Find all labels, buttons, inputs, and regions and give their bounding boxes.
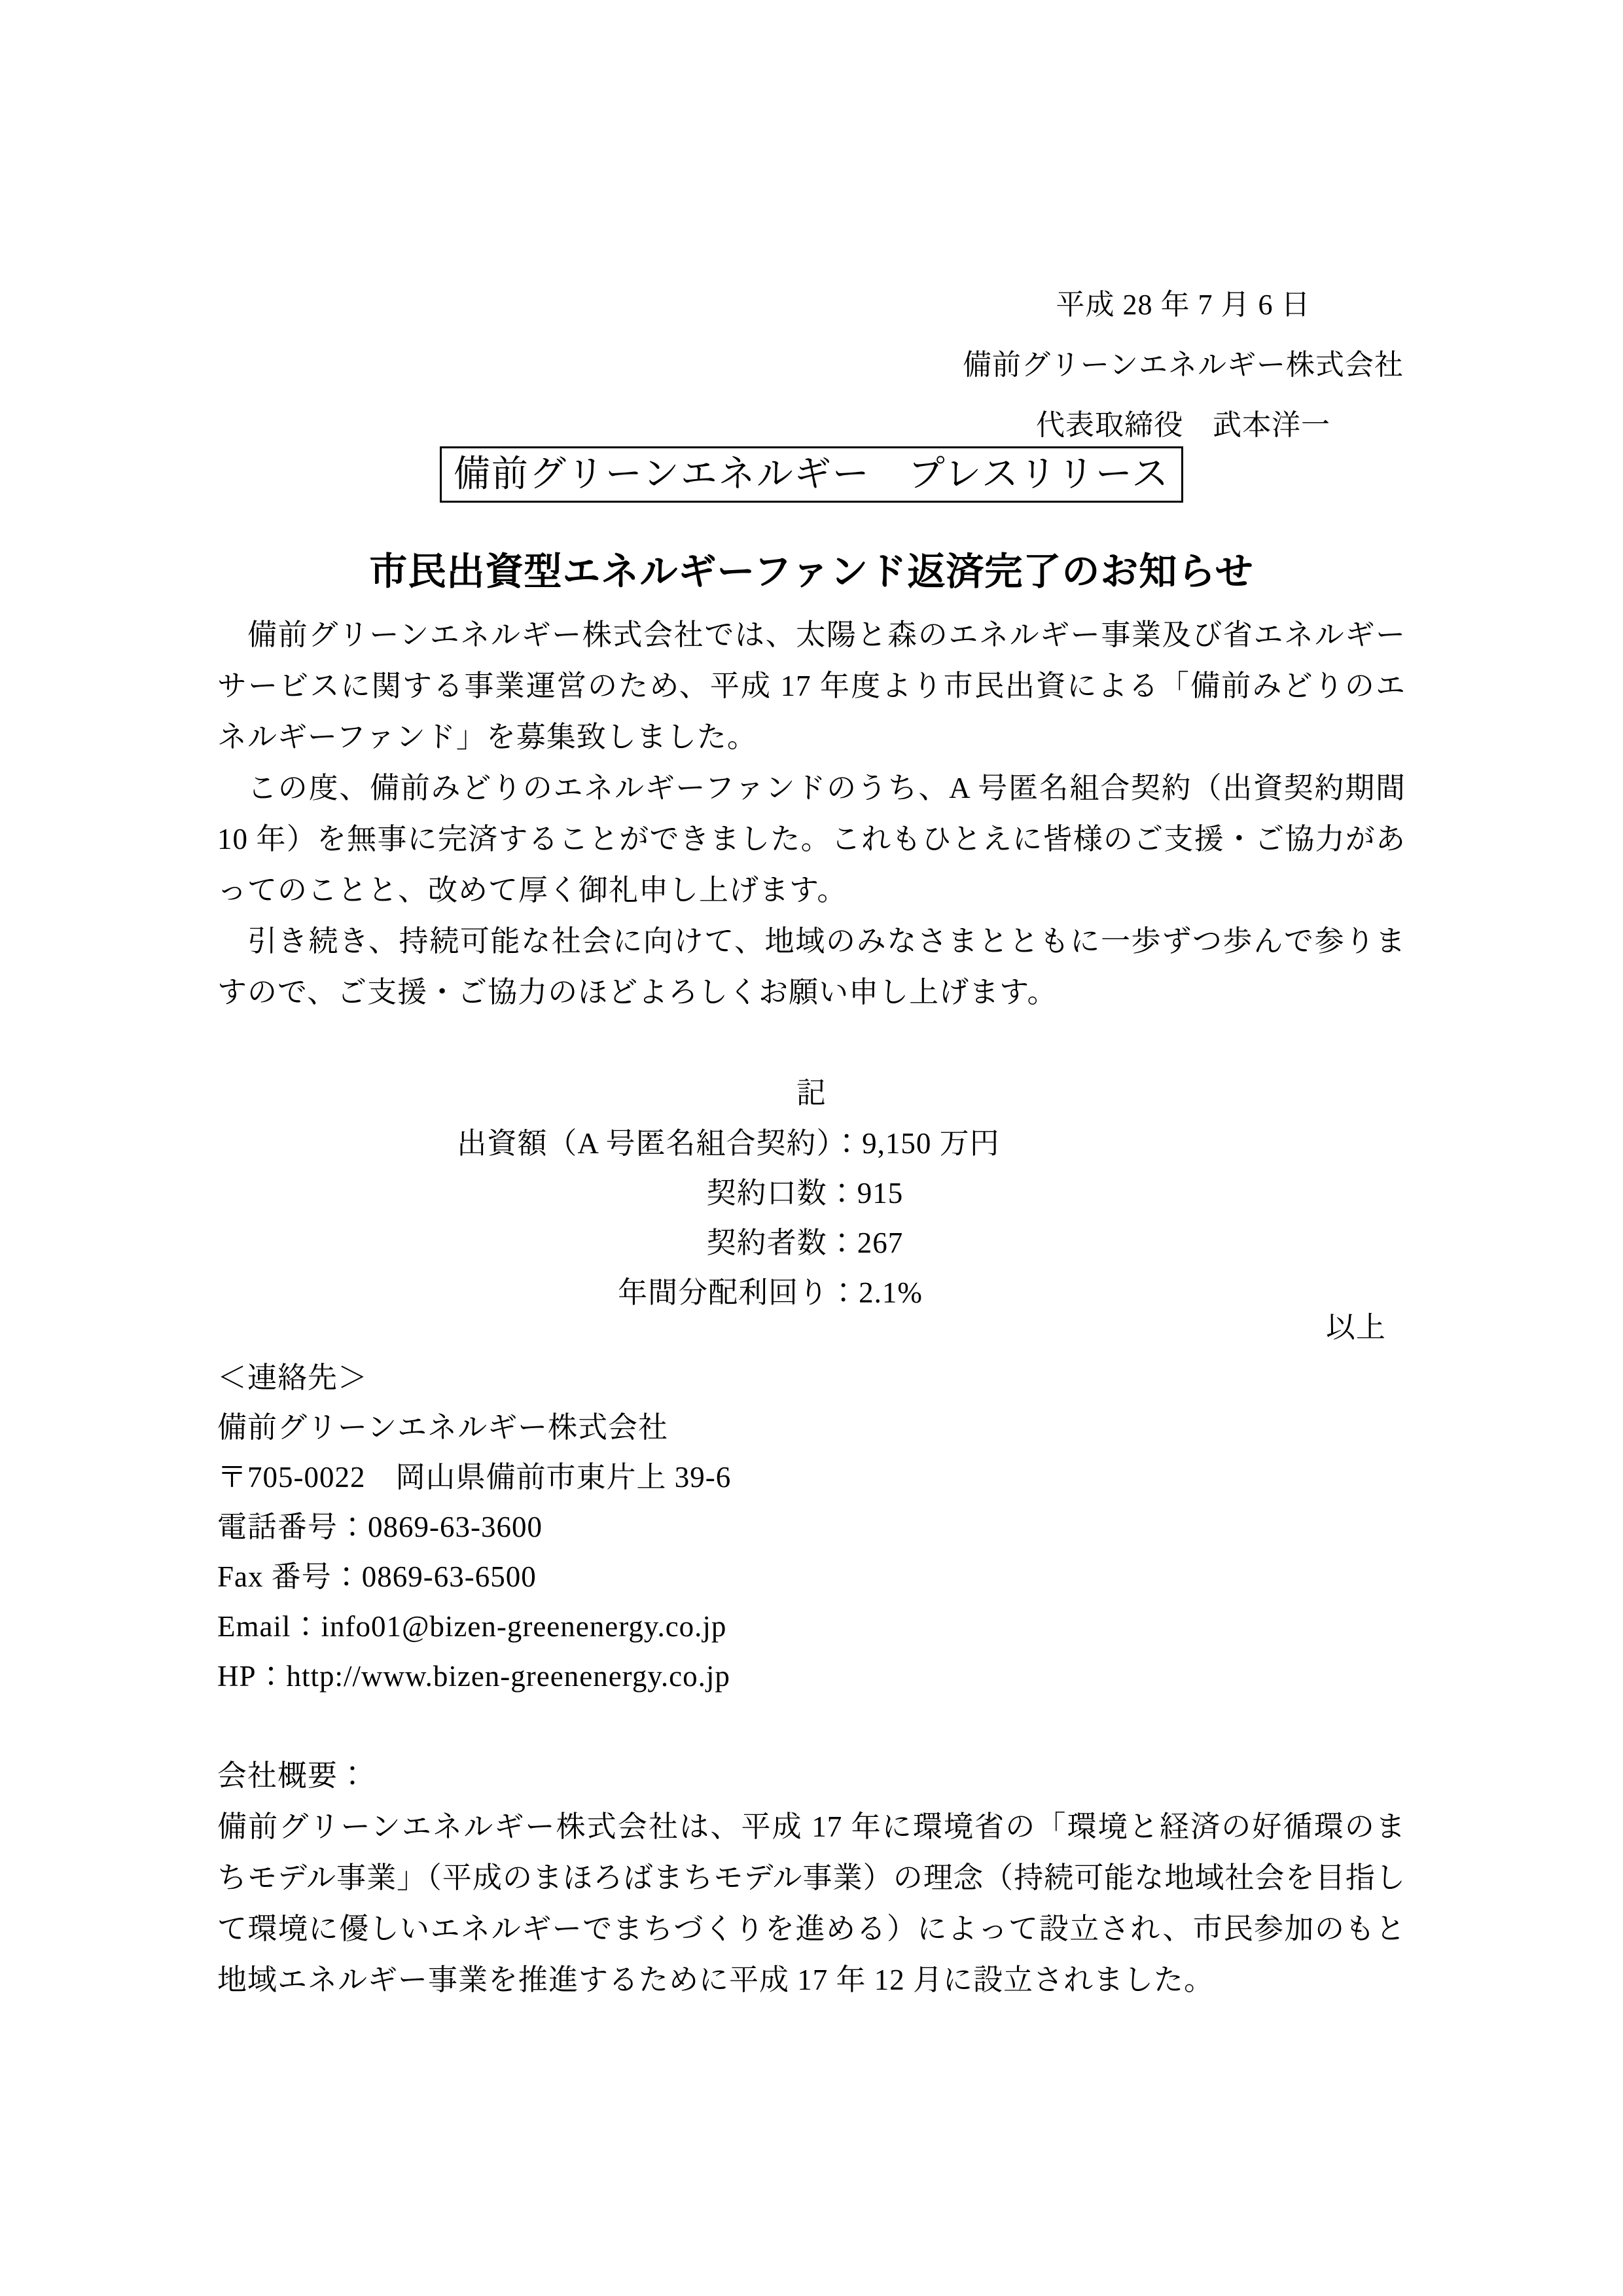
sender-block: 平成 28 年 7 月 6 日 備前グリーンエネルギー株式会社 代表取締役 武本… [961, 275, 1406, 456]
contact-heading: ＜連絡先＞ [217, 1353, 1406, 1403]
sender-company-name: 備前グリーンエネルギー株式会社 [961, 335, 1406, 395]
document-title: 市民出資型エネルギーファンド返済完了のお知らせ [217, 545, 1406, 600]
contact-email: Email：info01@bizen-greenenergy.co.jp [217, 1602, 1406, 1651]
company-profile-heading: 会社概要： [217, 1751, 1406, 1801]
company-profile-body: 備前グリーンエネルギー株式会社は、平成 17 年に環境省の「環境と経済の好循環の… [217, 1801, 1406, 2005]
paragraph-repayment-complete: この度、備前みどりのエネルギーファンドのうち、A 号匿名組合契約（出資契約期間 … [217, 762, 1406, 916]
contact-address: 〒705-0022 岡山県備前市東片上 39-6 [217, 1452, 1406, 1502]
press-release-box: 備前グリーンエネルギー プレスリリース [440, 446, 1183, 503]
body-paragraphs: 備前グリーンエネルギー株式会社では、太陽と森のエネルギー事業及び省エネルギーサー… [217, 609, 1406, 1018]
contact-website: HP：http://www.bizen-greenenergy.co.jp [217, 1651, 1406, 1701]
document-page: 平成 28 年 7 月 6 日 備前グリーンエネルギー株式会社 代表取締役 武本… [0, 0, 1623, 2296]
press-release-box-label: 備前グリーンエネルギー プレスリリース [454, 454, 1169, 495]
term-contract-holders: 契約者数：267 [211, 1218, 1399, 1268]
company-profile-section: 会社概要： 備前グリーンエネルギー株式会社は、平成 17 年に環境省の「環境と経… [217, 1751, 1406, 2005]
term-annual-yield: 年間分配利回り：2.1% [176, 1268, 1364, 1318]
contact-section: ＜連絡先＞ 備前グリーンエネルギー株式会社 〒705-0022 岡山県備前市東片… [217, 1353, 1406, 1701]
note-marker: 記 [217, 1067, 1406, 1119]
paragraph-closing-thanks: 引き続き、持続可能な社会に向けて、地域のみなさまとともに一歩ずつ歩んで参りますの… [217, 916, 1406, 1018]
fund-terms-list: 出資額（A 号匿名組合契約）：9,150 万円 契約口数：915 契約者数：26… [217, 1119, 1406, 1318]
document-date: 平成 28 年 7 月 6 日 [961, 275, 1406, 335]
contact-telephone: 電話番号：0869-63-3600 [217, 1502, 1406, 1552]
term-contract-units: 契約口数：915 [211, 1168, 1399, 1218]
contact-company: 備前グリーンエネルギー株式会社 [217, 1403, 1406, 1452]
contact-fax: Fax 番号：0869-63-6500 [217, 1552, 1406, 1602]
term-investment-amount: 出資額（A 号匿名組合契約）：9,150 万円 [134, 1119, 1323, 1168]
paragraph-fund-intro: 備前グリーンエネルギー株式会社では、太陽と森のエネルギー事業及び省エネルギーサー… [217, 609, 1406, 762]
